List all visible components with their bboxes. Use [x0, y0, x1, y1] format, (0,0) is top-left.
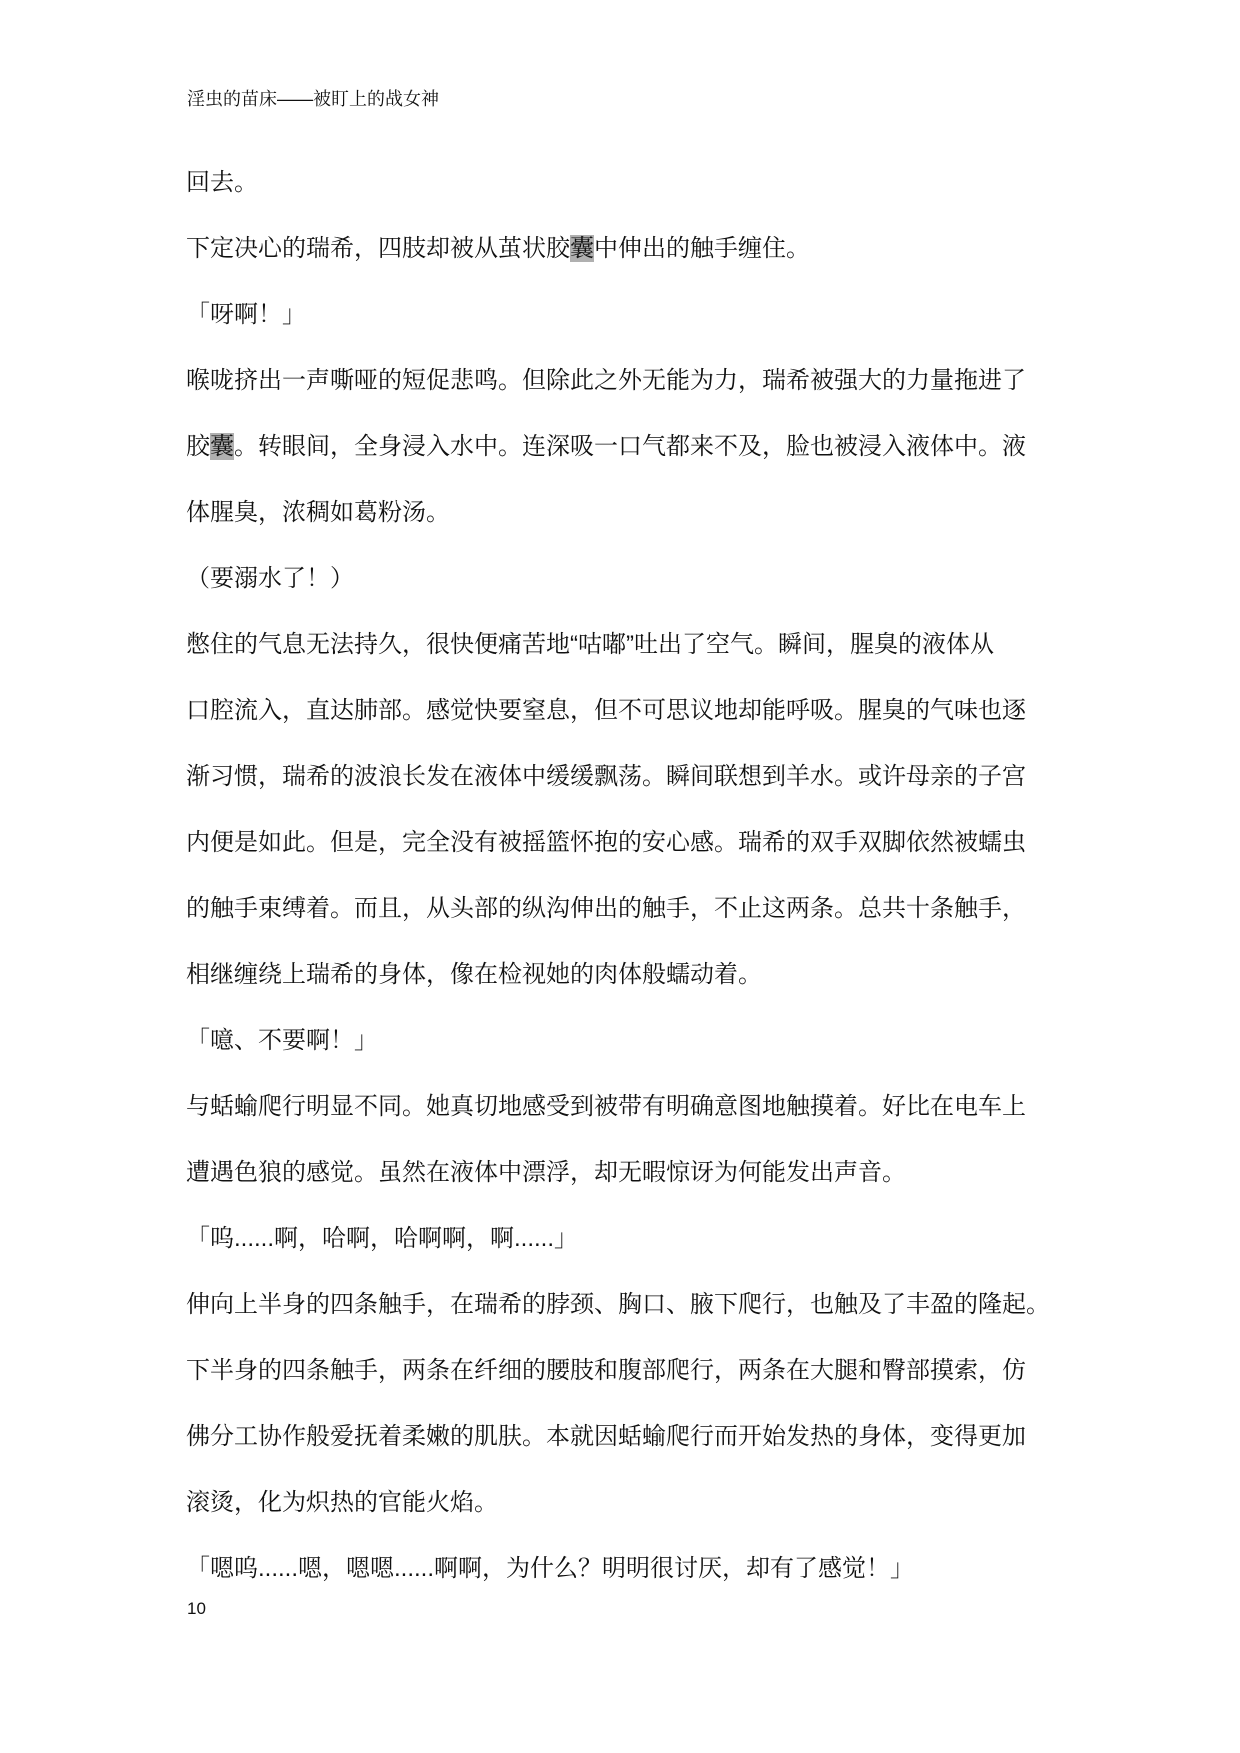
text-line: 喉咙挤出一声嘶哑的短促悲鸣。但除此之外无能为力，瑞希被强大的力量拖进了 — [186, 348, 1076, 414]
text-line: 与蛞蝓爬行明显不同。她真切地感受到被带有明确意图地触摸着。好比在电车上 — [186, 1074, 1076, 1140]
highlighted-char: 囊 — [210, 433, 234, 460]
text-line: 下定决心的瑞希，四肢却被从茧状胶囊中伸出的触手缠住。 — [186, 216, 1076, 282]
page-body: 回去。 下定决心的瑞希，四肢却被从茧状胶囊中伸出的触手缠住。 「呀啊！」 喉咙挤… — [186, 150, 1076, 1602]
text-line: 口腔流入，直达肺部。感觉快要窒息，但不可思议地却能呼吸。腥臭的气味也逐 — [186, 678, 1076, 744]
text-line: 佛分工协作般爱抚着柔嫩的肌肤。本就因蛞蝓爬行而开始发热的身体，变得更加 — [186, 1404, 1076, 1470]
text-line: 「嗯呜......嗯，嗯嗯......啊啊，为什么？明明很讨厌，却有了感觉！」 — [186, 1536, 1076, 1602]
text-line: 体腥臭，浓稠如葛粉汤。 — [186, 480, 1076, 546]
text-line: 的触手束缚着。而且，从头部的纵沟伸出的触手，不止这两条。总共十条触手， — [186, 876, 1076, 942]
text-line: 滚烫，化为炽热的官能火焰。 — [186, 1470, 1076, 1536]
text-line: 憋住的气息无法持久，很快便痛苦地“咕嘟”吐出了空气。瞬间，腥臭的液体从 — [186, 612, 1076, 678]
text-line: 「呜......啊，哈啊，哈啊啊，啊......」 — [186, 1206, 1076, 1272]
text-line: 下半身的四条触手，两条在纤细的腰肢和腹部爬行，两条在大腿和臀部摸索，仿 — [186, 1338, 1076, 1404]
text-line: 胶囊。转眼间，全身浸入水中。连深吸一口气都来不及，脸也被浸入液体中。液 — [186, 414, 1076, 480]
text-line: 渐习惯，瑞希的波浪长发在液体中缓缓飘荡。瞬间联想到羊水。或许母亲的子宫 — [186, 744, 1076, 810]
running-header-title: 淫虫的苗床——被盯上的战女神 — [187, 88, 439, 110]
text-line: （要溺水了！） — [186, 546, 1076, 612]
text-line: 相继缠绕上瑞希的身体，像在检视她的肉体般蠕动着。 — [186, 942, 1076, 1008]
text-line: 「呀啊！」 — [186, 282, 1076, 348]
text-line: 伸向上半身的四条触手，在瑞希的脖颈、胸口、腋下爬行，也触及了丰盈的隆起。 — [186, 1272, 1076, 1338]
text-line: 内便是如此。但是，完全没有被摇篮怀抱的安心感。瑞希的双手双脚依然被蠕虫 — [186, 810, 1076, 876]
highlighted-char: 囊 — [570, 235, 594, 262]
text-line: 遭遇色狼的感觉。虽然在液体中漂浮，却无暇惊讶为何能发出声音。 — [186, 1140, 1076, 1206]
document-page: 淫虫的苗床——被盯上的战女神 回去。 下定决心的瑞希，四肢却被从茧状胶囊中伸出的… — [0, 0, 1240, 1753]
text-line: 「噫、不要啊！」 — [186, 1008, 1076, 1074]
text-line: 回去。 — [186, 150, 1076, 216]
page-number: 10 — [187, 1598, 206, 1620]
